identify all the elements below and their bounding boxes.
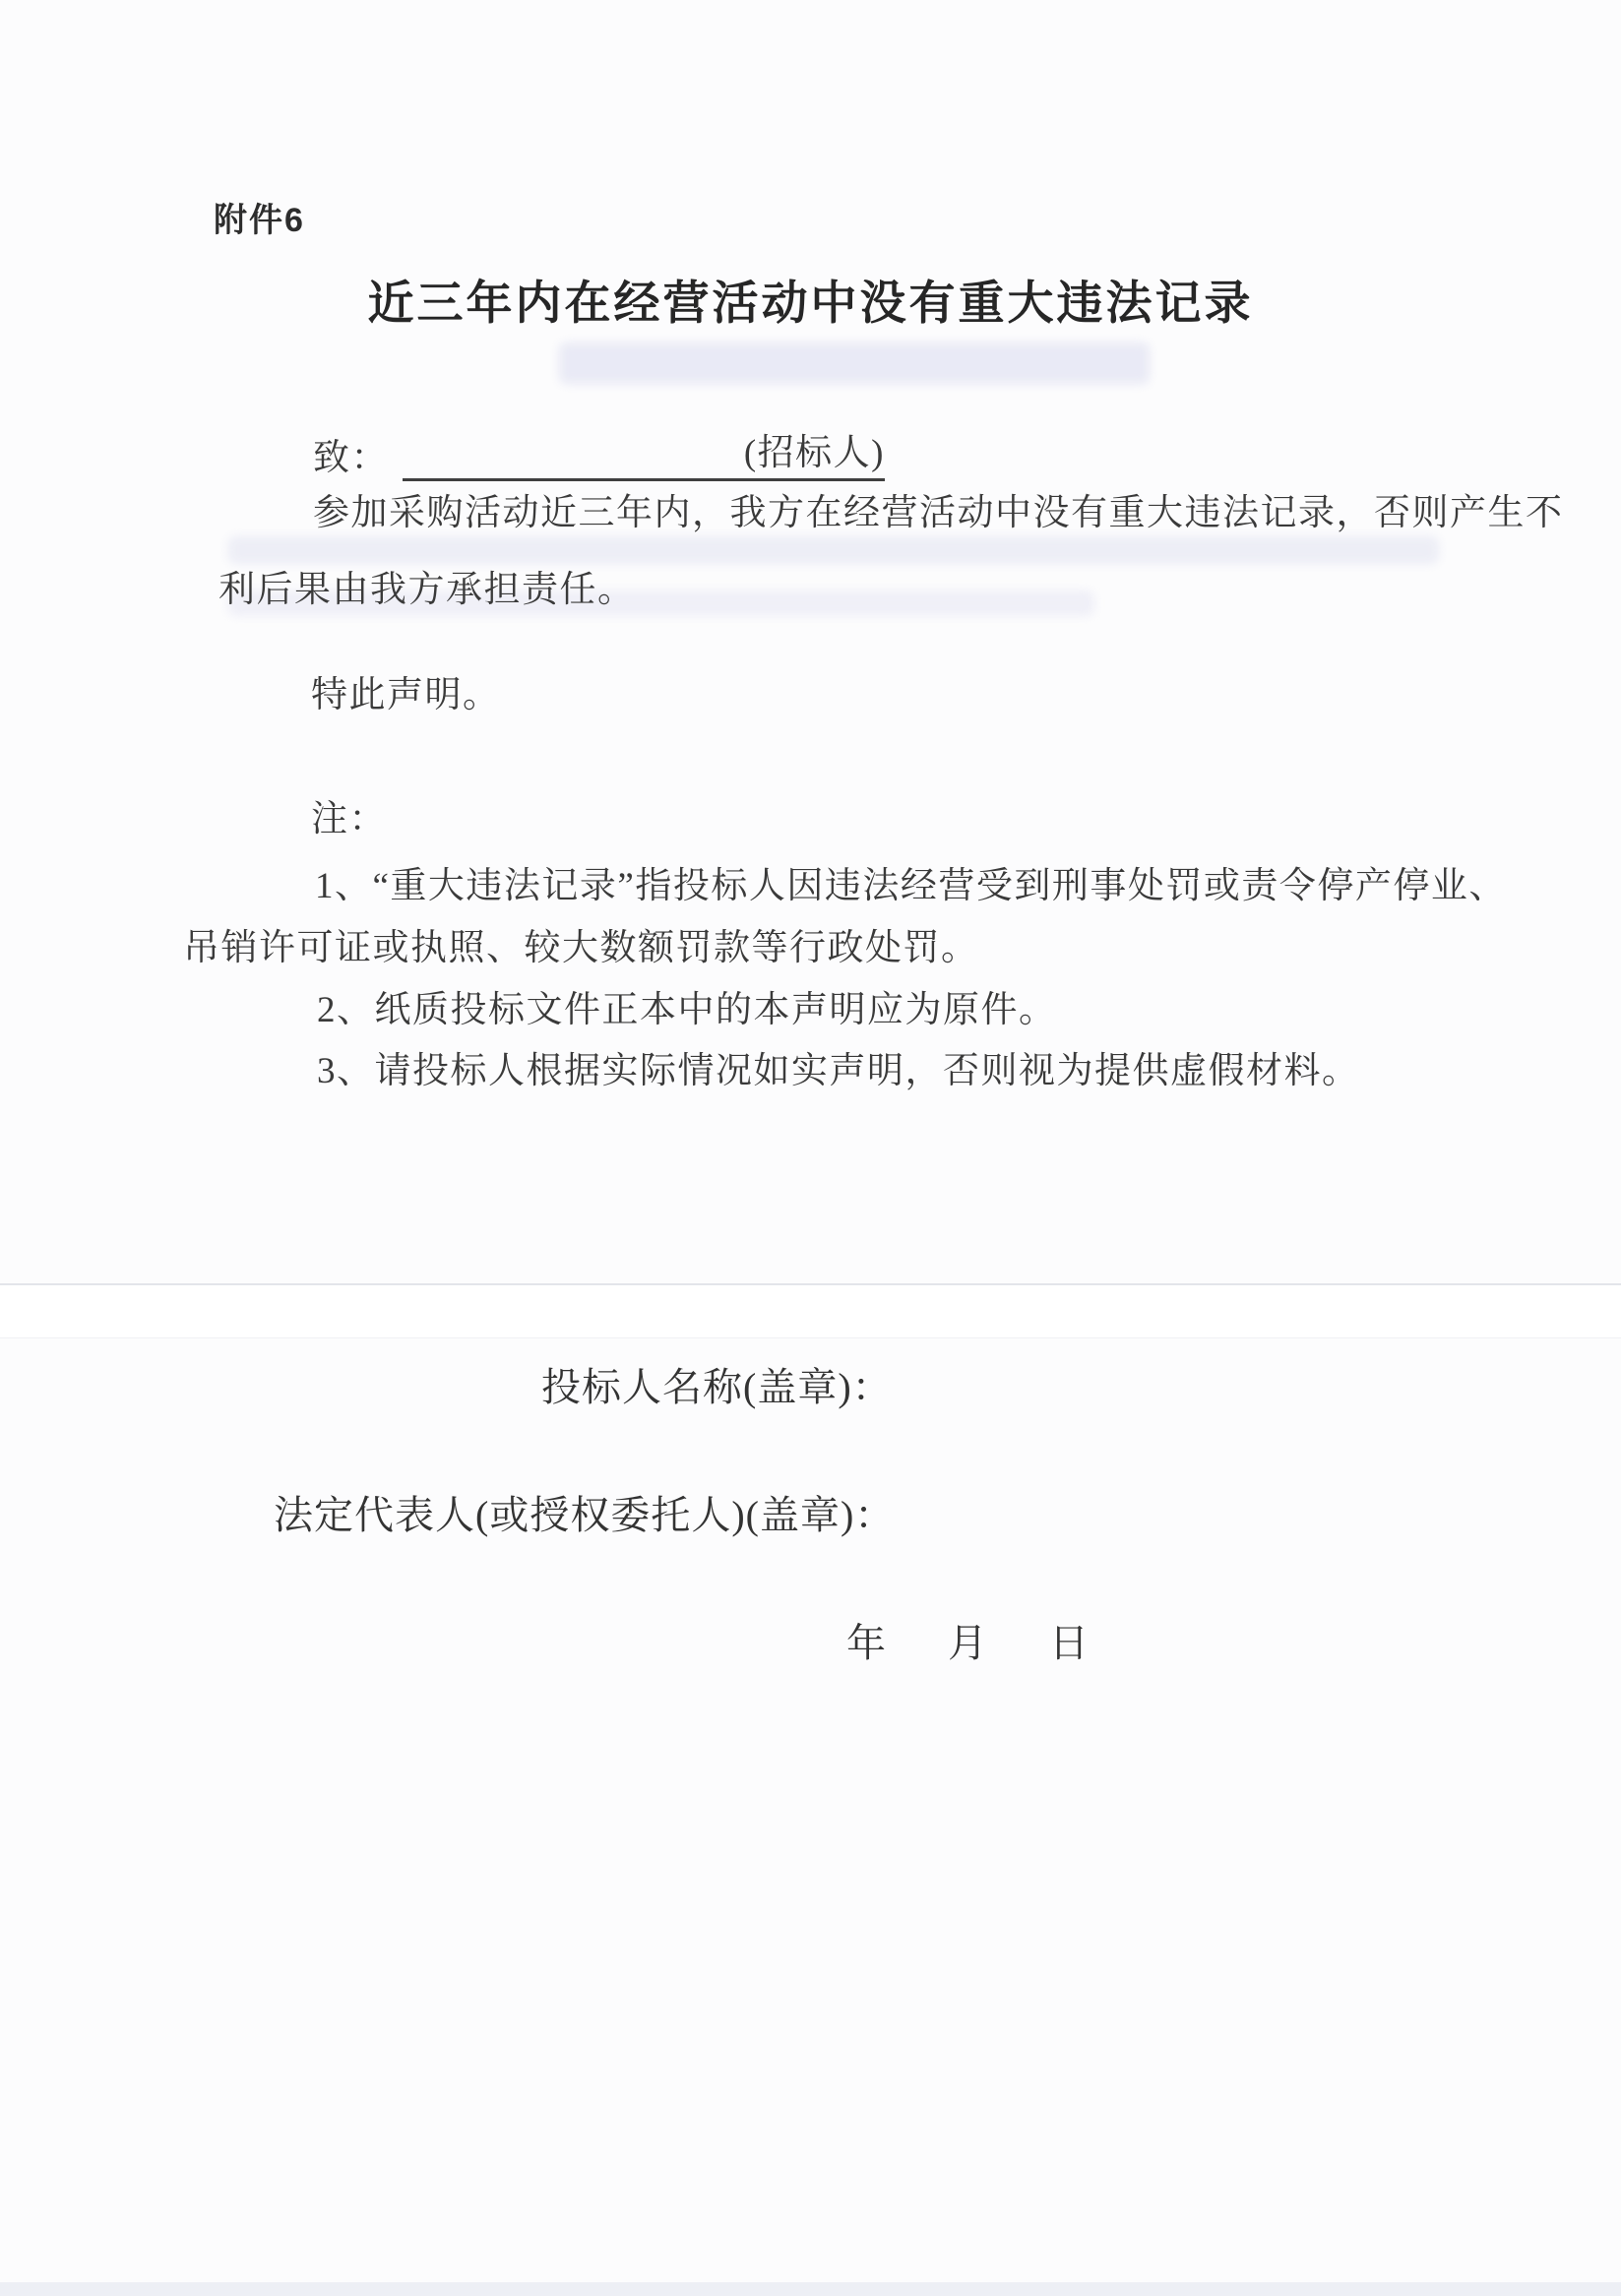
recipient-hint-label: (招标人) <box>744 433 885 473</box>
attachment-label: 附件6 <box>214 203 305 239</box>
scanner-edge-strip <box>0 2282 1621 2296</box>
date-line: 年 月 日 <box>846 1612 1089 1668</box>
note-1-line-1: 1、“重大违法记录”指投标人因违法经营受到刑事处罚或责令停产停业、 <box>315 864 1507 909</box>
body-paragraph-line-1: 参加采购活动近三年内，我方在经营活动中没有重大违法记录，否则产生不 <box>313 491 1564 536</box>
notes-label: 注： <box>311 797 387 842</box>
bleed-through-smudge <box>559 342 1150 384</box>
note-2: 2、纸质投标文件正本中的本声明应为原件。 <box>317 988 1057 1033</box>
scanned-document-page: 附件6 近三年内在经营活动中没有重大违法记录 致：(招标人) 参加采购活动近三年… <box>0 0 1621 2296</box>
legal-representative-label: 法定代表人(或授权委托人)(盖章)： <box>274 1492 895 1539</box>
note-3: 3、请投标人根据实际情况如实声明，否则视为提供虚假材料。 <box>317 1049 1360 1094</box>
document-title: 近三年内在经营活动中没有重大违法记录 <box>0 277 1621 330</box>
bleed-through-smudge <box>228 536 1439 564</box>
note-1-line-2: 吊销许可证或执照、较大数额罚款等行政处罚。 <box>183 926 979 971</box>
date-year-label: 年 <box>846 1612 886 1668</box>
declaration-line: 特此声明。 <box>311 673 501 718</box>
recipient-blank-underline: (招标人) <box>403 431 885 481</box>
date-day-label: 日 <box>1049 1612 1089 1668</box>
salutation-line: 致：(招标人) <box>313 431 885 481</box>
body-paragraph-line-2: 利后果由我方承担责任。 <box>218 568 636 613</box>
scan-seam-band <box>0 1283 1621 1338</box>
date-month-label: 月 <box>948 1612 987 1668</box>
bidder-name-label: 投标人名称(盖章)： <box>541 1364 893 1411</box>
salutation-prefix: 致： <box>313 438 389 478</box>
